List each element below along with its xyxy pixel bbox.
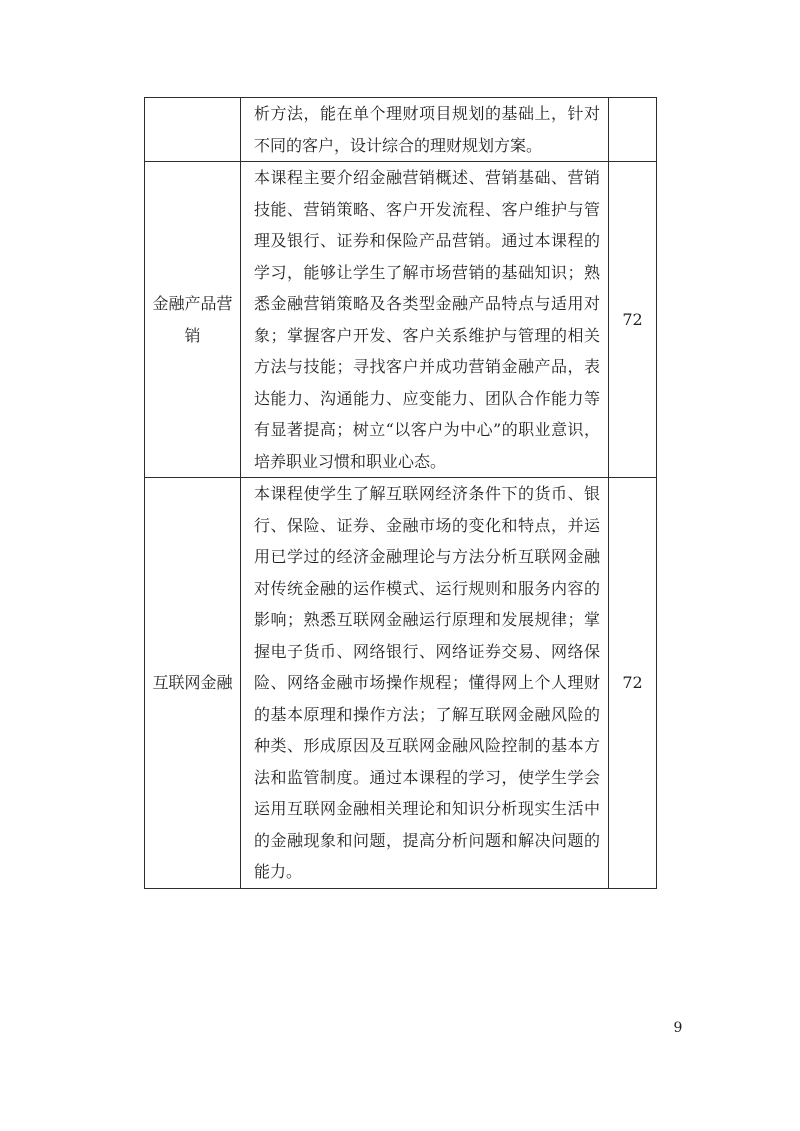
table-row: 互联网金融 本课程使学生了解互联网经济条件下的货币、银行、保险、证券、金融市场的…: [145, 478, 657, 889]
course-hours-cell: 72: [609, 162, 657, 478]
course-description-cell: 本课程主要介绍金融营销概述、营销基础、营销技能、营销策略、客户开发流程、客户维护…: [241, 162, 609, 478]
course-description-cell: 本课程使学生了解互联网经济条件下的货币、银行、保险、证券、金融市场的变化和特点，…: [241, 478, 609, 889]
courses-table: 析方法，能在单个理财项目规划的基础上，针对不同的客户，设计综合的理财规划方案。 …: [144, 97, 657, 889]
table-row: 析方法，能在单个理财项目规划的基础上，针对不同的客户，设计综合的理财规划方案。: [145, 98, 657, 162]
table-row: 金融产品营销 本课程主要介绍金融营销概述、营销基础、营销技能、营销策略、客户开发…: [145, 162, 657, 478]
course-hours-cell: 72: [609, 478, 657, 889]
course-name-cell: 互联网金融: [145, 478, 241, 889]
course-name-cell: [145, 98, 241, 162]
page-number: 9: [668, 1020, 688, 1036]
course-name-cell: 金融产品营销: [145, 162, 241, 478]
document-page: 析方法，能在单个理财项目规划的基础上，针对不同的客户，设计综合的理财规划方案。 …: [0, 0, 800, 1131]
course-hours-cell: [609, 98, 657, 162]
course-description-cell: 析方法，能在单个理财项目规划的基础上，针对不同的客户，设计综合的理财规划方案。: [241, 98, 609, 162]
